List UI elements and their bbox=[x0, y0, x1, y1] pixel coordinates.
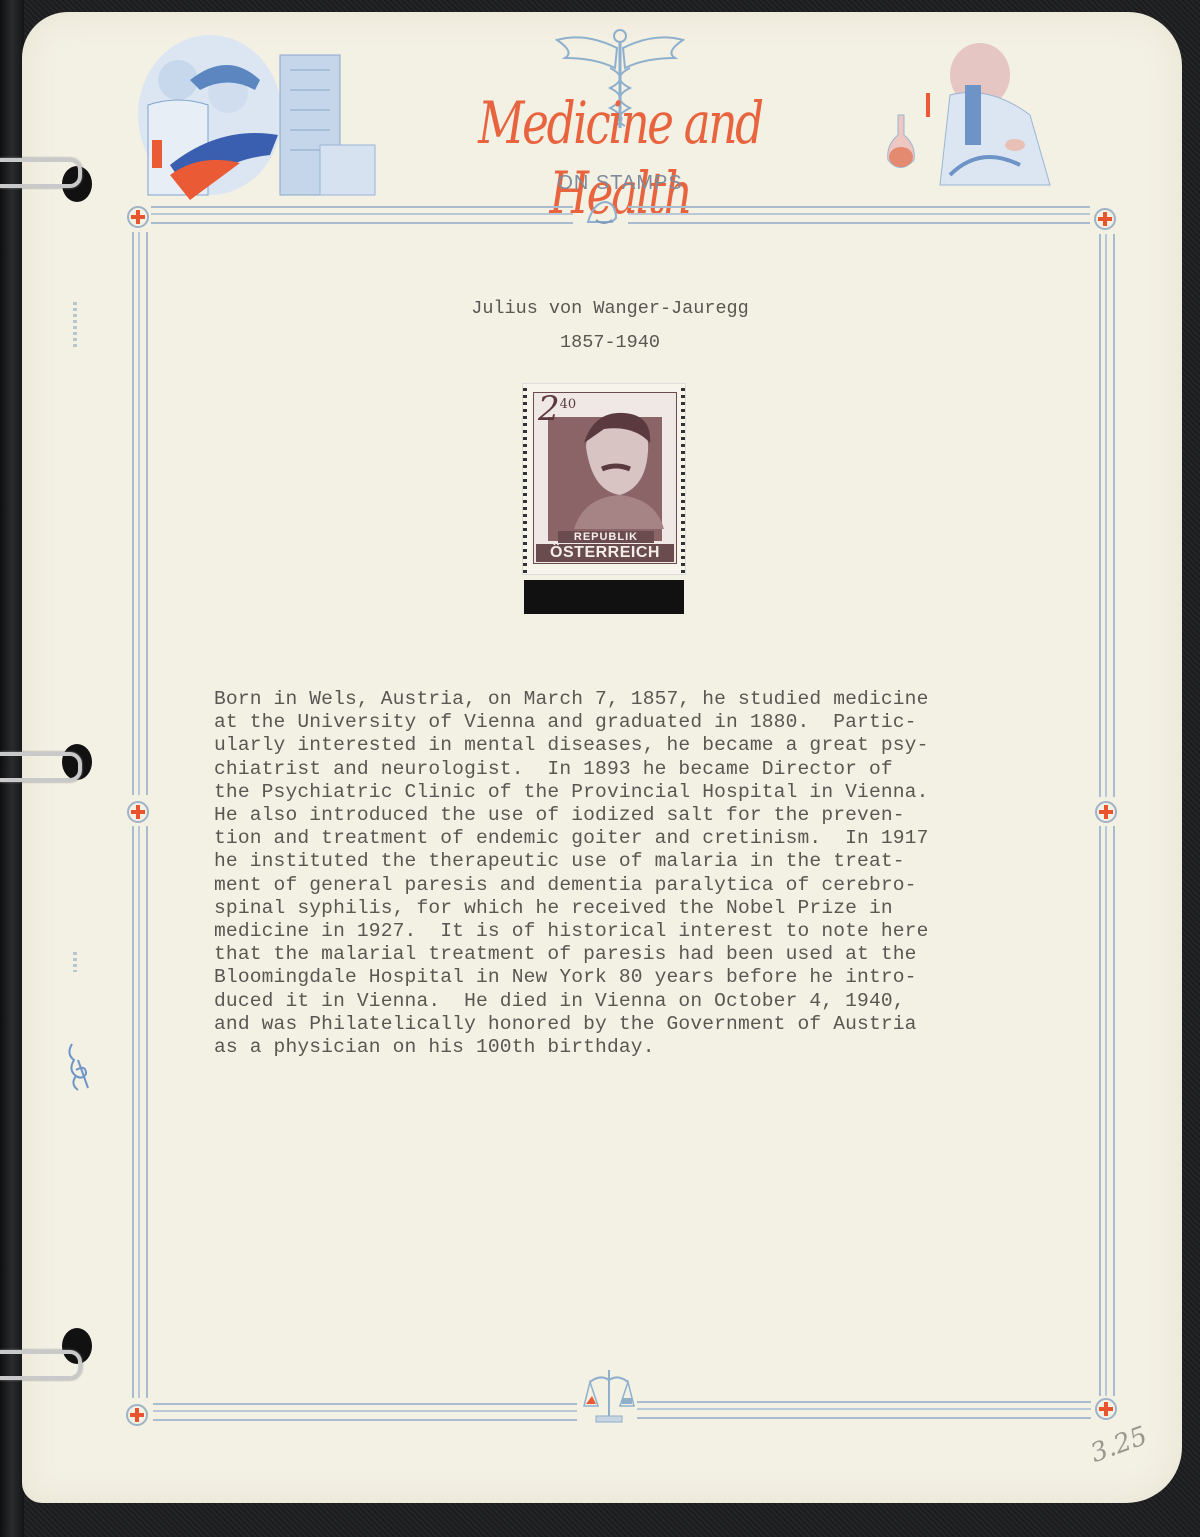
laboratory-scientist-illustration bbox=[880, 35, 1080, 195]
frame-line-right-upper bbox=[1099, 234, 1115, 797]
printer-logo-icon bbox=[64, 1040, 94, 1096]
red-cross-icon bbox=[1095, 801, 1117, 823]
biography-line: tion and treatment of endemic goiter and… bbox=[214, 827, 1074, 850]
biography-line: chiatrist and neurologist. In 1893 he be… bbox=[214, 758, 1074, 781]
stamp-country-line1: REPUBLIK bbox=[558, 531, 654, 543]
biography-line: ularly interested in mental diseases, he… bbox=[214, 734, 1074, 757]
red-cross-icon bbox=[1094, 208, 1116, 230]
biography-text: Born in Wels, Austria, on March 7, 1857,… bbox=[214, 688, 1074, 1059]
biography-line: ment of general paresis and dementia par… bbox=[214, 874, 1074, 897]
stamp-perforation-right bbox=[681, 388, 685, 574]
biography-line: duced it in Vienna. He died in Vienna on… bbox=[214, 990, 1074, 1013]
frame-line-left-lower bbox=[132, 826, 148, 1398]
postage-stamp: 240 REPUBLIK ÖSTERREICH bbox=[523, 384, 685, 614]
physician-name: Julius von Wanger-Jauregg bbox=[400, 298, 820, 319]
frame-line-top-right bbox=[628, 206, 1090, 224]
biography-line: he instituted the therapeutic use of mal… bbox=[214, 850, 1074, 873]
stamp-portrait bbox=[564, 407, 664, 529]
biography-line: spinal syphilis, for which he received t… bbox=[214, 897, 1074, 920]
frame-line-bottom-left bbox=[153, 1403, 577, 1421]
biography-line: that the malarial treatment of paresis h… bbox=[214, 943, 1074, 966]
frame-line-right-lower bbox=[1099, 826, 1115, 1396]
biography-line: as a physician on his 100th birthday. bbox=[214, 1036, 1074, 1059]
biography-line: medicine in 1927. It is of historical in… bbox=[214, 920, 1074, 943]
lamp-icon bbox=[582, 196, 622, 228]
biography-line: He also introduced the use of iodized sa… bbox=[214, 804, 1074, 827]
physician-dates: 1857-1940 bbox=[400, 332, 820, 353]
stamp-selvage bbox=[524, 580, 684, 614]
binder-ring-middle bbox=[0, 752, 82, 782]
binder-ring-bottom bbox=[0, 1350, 82, 1380]
stamp-denomination: 240 bbox=[538, 389, 576, 429]
red-cross-icon bbox=[1095, 1398, 1117, 1420]
stamp-perforation-left bbox=[523, 388, 527, 574]
margin-print-mark bbox=[73, 952, 77, 972]
frame-line-left-upper bbox=[132, 232, 148, 795]
biography-line: at the University of Vienna and graduate… bbox=[214, 711, 1074, 734]
red-cross-icon bbox=[126, 1404, 148, 1426]
frame-line-bottom-right bbox=[637, 1401, 1091, 1419]
biography-line: and was Philatelically honored by the Go… bbox=[214, 1013, 1074, 1036]
biography-line: the Psychiatric Clinic of the Provincial… bbox=[214, 781, 1074, 804]
frame-line-top-left bbox=[151, 206, 573, 224]
biography-line: Bloomingdale Hospital in New York 80 yea… bbox=[214, 966, 1074, 989]
red-cross-icon bbox=[127, 206, 149, 228]
doctor-nurse-illustration bbox=[130, 35, 380, 200]
balance-scale-icon bbox=[582, 1368, 636, 1426]
biography-line: Born in Wels, Austria, on March 7, 1857,… bbox=[214, 688, 1074, 711]
page-subtitle: ON STAMPS bbox=[470, 172, 770, 195]
stamp-value-main: 2 bbox=[538, 389, 560, 429]
stamp-country-line2: ÖSTERREICH bbox=[536, 544, 674, 562]
red-cross-icon bbox=[127, 801, 149, 823]
stamp-value-fraction: 40 bbox=[560, 397, 577, 412]
stamp-design: 240 REPUBLIK ÖSTERREICH bbox=[533, 392, 677, 564]
margin-print-mark bbox=[73, 302, 77, 350]
binder-ring-top bbox=[0, 158, 82, 188]
